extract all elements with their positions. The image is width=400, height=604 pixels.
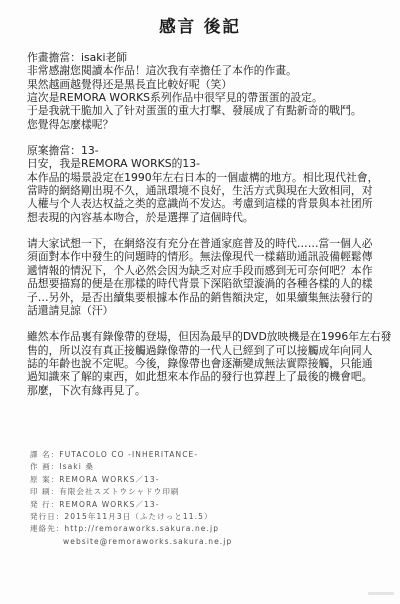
text-line: 非常感謝您閱讀本作品！這次我有幸擔任了本作的作畫。 bbox=[27, 64, 377, 77]
text-line: 品想要描寫的便是在那樣的時代背景下深陷欲望漩渦的各種各樣的人的樣 bbox=[27, 277, 377, 290]
text-line: 想表現的內容基本吻合，於是選擇了這個時代。 bbox=[27, 211, 377, 224]
text-line: 話還請見諒（汗） bbox=[27, 304, 377, 317]
credits-line-publish-date: 発行日：2015年11月3日（ふたけっと11.5） bbox=[30, 511, 370, 523]
text-line: 原案擔當：13- bbox=[27, 144, 377, 157]
credits-line-artist: 作 画：Isaki 桑 bbox=[30, 461, 370, 473]
text-line: 那麼，下次有緣再見了。 bbox=[27, 384, 377, 397]
text-line: 日安，我是REMORA WORKS的13- bbox=[27, 157, 377, 170]
paragraph-vhs-note: 雖然本作品裏有錄像帶的登場，但因為最早的DVD放映機是在1996年左右發 售的，… bbox=[27, 330, 377, 397]
credits-line-contact-url: 連絡先：http://remoraworks.sakura.ne.jp bbox=[30, 523, 370, 535]
afterword-body: 作畫擔當：isaki老師 非常感謝您閱讀本作品！這次我有幸擔任了本作的作畫。 果… bbox=[27, 51, 377, 410]
text-line: 作畫擔當：isaki老師 bbox=[27, 51, 377, 64]
text-line: 須面對本作中發生的问題時的情形。無法像現代一樣藉助通訊設備輕鬆傳 bbox=[27, 250, 377, 263]
credits-line-title: 譯 名：FUTACOLO CO -INHERITANCE- bbox=[30, 449, 370, 461]
text-line: 于是我就干脆加入了针对蛋蛋的重大打擊、發展成了有點新奇的戰鬥。 bbox=[27, 104, 377, 117]
text-line: 果然越画越覺得还是黑長直比較好呢（笑） bbox=[27, 78, 377, 91]
paragraph-era-note: 请大家试想一下，在網絡沒有充分在普通家庭普及的時代……當一個人必 須面對本作中發… bbox=[27, 237, 377, 317]
text-line: 雖然本作品裏有錄像帶的登場，但因為最早的DVD放映機是在1996年左右發 bbox=[27, 330, 377, 343]
scan-artifact bbox=[368, 592, 394, 595]
text-line: 本作品的場景設定在1990年左右日本的一個虛構的地方。相比現代社會， bbox=[27, 171, 377, 184]
paragraph-artist-note: 作畫擔當：isaki老師 非常感謝您閱讀本作品！這次我有幸擔任了本作的作畫。 果… bbox=[27, 51, 377, 131]
afterword-page: 感言 後記 作畫擔當：isaki老師 非常感謝您閱讀本作品！這次我有幸擔任了本作… bbox=[0, 0, 400, 604]
paragraph-writer-note: 原案擔當：13- 日安，我是REMORA WORKS的13- 本作品的場景設定在… bbox=[27, 144, 377, 224]
text-line: 人權与个人表达权益之类的意識尚不发达。考慮到這樣的背景與本社团所 bbox=[27, 197, 377, 210]
text-line: 誌的年齡也說不定呢。今後，錄像帶也會逐漸變成無法實際接觸，只能通 bbox=[27, 357, 377, 370]
text-line: 请大家试想一下，在網絡沒有充分在普通家庭普及的時代……當一個人必 bbox=[27, 237, 377, 250]
text-line: 子…另外，是否出續集要根據本作品的銷售額決定，如果續集無法發行的 bbox=[27, 291, 377, 304]
text-line: 當時的網絡剛出現不久，通訊環境不良好，生活方式與現在大致相同，对 bbox=[27, 184, 377, 197]
credits-line-publisher: 発 行：REMORA WORKS／13- bbox=[30, 499, 370, 511]
credits-block: 譯 名：FUTACOLO CO -INHERITANCE- 作 画：Isaki … bbox=[30, 449, 370, 548]
text-line: 售的，所以沒有真正接觸過錄像帶的一代人已經到了可以接觸成年向同人 bbox=[27, 344, 377, 357]
text-line: 您覺得怎麼樣呢？ bbox=[27, 118, 377, 131]
text-line: 過知識來了解的東西，如此想來本作品的發行也算趕上了最後的機會吧。 bbox=[27, 370, 377, 383]
page-title: 感言 後記 bbox=[0, 13, 400, 37]
credits-line-original: 原 案：REMORA WORKS／13- bbox=[30, 474, 370, 486]
credits-line-printer: 印 刷：有限会社スズトウシャドウ印刷 bbox=[30, 486, 370, 498]
credits-line-contact-email: website@remoraworks.sakura.ne.jp bbox=[30, 536, 370, 548]
text-line: 遞情報的情況下，个人必然会因为缺乏对应手段而感到无可奈何吧？本作 bbox=[27, 264, 377, 277]
text-line: 這次是REMORA WORKS系列作品中很罕見的帶蛋蛋的設定。 bbox=[27, 91, 377, 104]
